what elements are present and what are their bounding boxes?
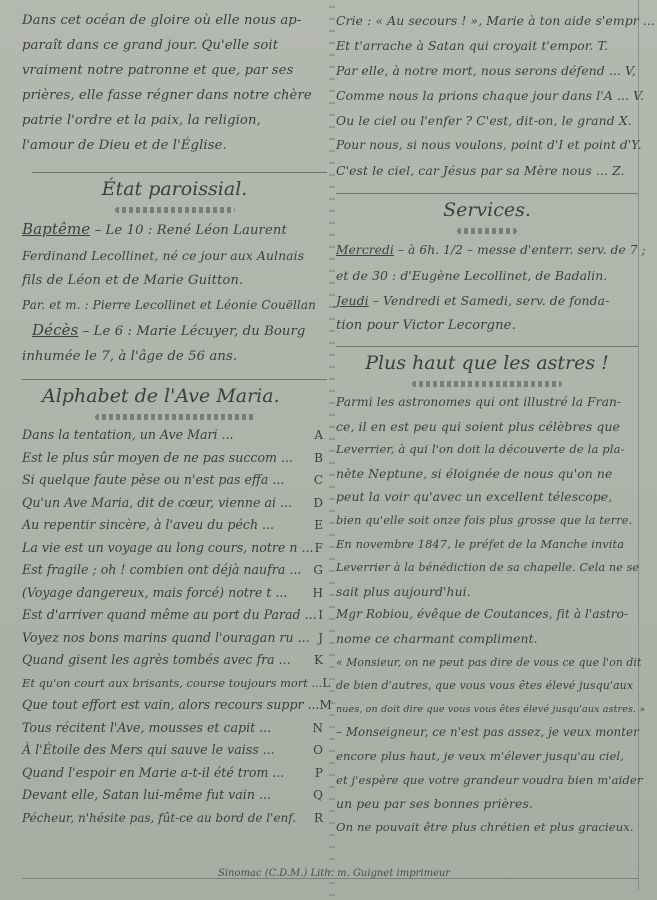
alphabet-letter: J	[310, 627, 323, 650]
article-line: encore plus haut, je veux m'élever jusqu…	[336, 745, 638, 769]
deces-entry: Décès – Le 6 : Marie Lécuyer, du Bourg	[22, 318, 327, 344]
handwritten-parish-bulletin-page: Dans cet océan de gloire où elle nous ap…	[0, 0, 657, 900]
alphabet-row: (Voyage dangereux, mais forcé) notre t .…	[22, 582, 323, 605]
alphabet-letter: R	[305, 807, 323, 830]
alphabet-row: La vie est un voyage au long cours, notr…	[22, 537, 323, 560]
alphabet-letter: H	[305, 582, 323, 605]
etat-paroissial-title: État paroissial.	[22, 173, 327, 205]
alphabet-verse: Est le plus sûr moyen de ne pas succom .…	[22, 447, 293, 470]
bapteme-line: fils de Léon et de Marie Guitton.	[22, 268, 327, 293]
article-line: peut la voir qu'avec un excellent télesc…	[336, 485, 638, 509]
alphabet-letter: K	[305, 649, 323, 672]
alphabet-row: Au repentir sincère, à l'aveu du péch ..…	[22, 514, 323, 537]
alphabet-letter: N	[305, 717, 323, 740]
alphabet-row: Dans la tentation, un Ave Mari ...A	[22, 424, 323, 447]
alphabet-row: Est fragile ; oh ! combien ont déjà nauf…	[22, 559, 323, 582]
wavy-column-divider	[329, 0, 335, 900]
article-line: Leverrier, à qui l'on doit la découverte…	[336, 438, 638, 462]
intro-paragraph: Dans cet océan de gloire où elle nous ap…	[22, 8, 327, 158]
alphabet-letter: E	[305, 514, 323, 537]
decorative-wave	[412, 381, 562, 387]
alphabet-continued-line: Par elle, à notre mort, nous serons défe…	[336, 58, 638, 83]
alphabet-row: Voyez nos bons marins quand l'ouragan ru…	[22, 627, 323, 650]
alphabet-verse: Quand gisent les agrès tombés avec fra .…	[22, 649, 291, 672]
alphabet-letter: L	[322, 672, 330, 695]
article-line: ce, il en est peu qui soient plus célèbr…	[336, 415, 638, 439]
intro-line: paraît dans ce grand jour. Qu'elle soit	[22, 33, 327, 58]
alphabet-row: Si quelque faute pèse ou n'est pas effa …	[22, 469, 323, 492]
article-line: et j'espère que votre grandeur voudra bi…	[336, 769, 638, 793]
alphabet-title: Alphabet de l'Ave Maria.	[22, 380, 327, 412]
alphabet-letter: P	[305, 762, 323, 785]
bapteme-line: Ferdinand Lecollinet, né ce jour aux Aul…	[22, 243, 327, 268]
bapteme-entry: Baptême – Le 10 : René Léon Laurent	[22, 217, 327, 243]
alphabet-letter: F	[314, 537, 323, 560]
services-jeudi: Jeudi – Vendredi et Samedi, serv. de fon…	[336, 288, 638, 313]
alphabet-row: Est le plus sûr moyen de ne pas succom .…	[22, 447, 323, 470]
alphabet-row: Qu'un Ave Maria, dit de cœur, vienne ai …	[22, 492, 323, 515]
services-line: et de 30 : d'Eugène Lecollinet, de Badal…	[336, 263, 638, 288]
alphabet-row: Pécheur, n'hésite pas, fût-ce au bord de…	[22, 807, 323, 830]
services-mercredi: Mercredi – à 6h. 1/2 – messe d'enterr. s…	[336, 238, 638, 263]
article-line: Parmi les astronomes qui ont illustré la…	[336, 391, 638, 415]
intro-line: patrie l'ordre et la paix, la religion,	[22, 108, 327, 133]
services-line: – à 6h. 1/2 – messe d'enterr. serv. de 7…	[394, 243, 646, 257]
article-line: nète Neptune, si éloignée de nous qu'on …	[336, 462, 638, 486]
article-line: un peu par ses bonnes prières.	[336, 792, 638, 816]
alphabet-continued-line: Comme nous la prions chaque jour dans l'…	[336, 83, 638, 108]
alphabet-continued-line: Et t'arrache à Satan qui croyait t'empor…	[336, 33, 638, 58]
article-line: – Monseigneur, ce n'est pas assez, je ve…	[336, 721, 638, 745]
bapteme-line: Par. et m. : Pierre Lecollinet et Léonie…	[22, 293, 327, 318]
alphabet-continued-line: Ou le ciel ou l'enfer ? C'est, dit-on, l…	[336, 108, 638, 133]
alphabet-verse: Qu'un Ave Maria, dit de cœur, vienne ai …	[22, 492, 292, 515]
services-line: – Vendredi et Samedi, serv. de fonda-	[369, 293, 610, 308]
alphabet-letter: M	[320, 694, 332, 717]
bapteme-line: – Le 10 : René Léon Laurent	[90, 223, 287, 238]
alphabet-row: Que tout effort est vain, alors recours …	[22, 694, 323, 717]
right-column: Crie : « Au secours ! », Marie à ton aid…	[336, 0, 638, 839]
alphabet-verse: Et qu'on court aux brisants, course touj…	[22, 672, 322, 695]
alphabet-verse: (Voyage dangereux, mais forcé) notre t .…	[22, 582, 287, 605]
article-line: Leverrier à la bénédiction de sa chapell…	[336, 556, 638, 580]
intro-line: l'amour de Dieu et de l'Église.	[22, 133, 327, 158]
alphabet-row: À l'Étoile des Mers qui sauve le vaiss .…	[22, 739, 323, 762]
printer-signature: Sinomac (C.D.M.) Lith. m. Guignet imprim…	[218, 868, 450, 879]
alphabet-continued-line: C'est le ciel, car Jésus par sa Mère nou…	[336, 158, 638, 183]
alphabet-verse: Voyez nos bons marins quand l'ouragan ru…	[22, 627, 310, 650]
article-line: Mgr Robiou, évêque de Coutances, fit à l…	[336, 603, 638, 627]
article-line: nues, on doit dire que vous vous êtes él…	[336, 698, 638, 722]
alphabet-verse: Devant elle, Satan lui-même fut vain ...	[22, 784, 271, 807]
alphabet-letter: C	[305, 469, 323, 492]
alphabet-row: Quand gisent les agrès tombés avec fra .…	[22, 649, 323, 672]
alphabet-letter: G	[305, 559, 323, 582]
alphabet-verse: Est d'arriver quand même au port du Para…	[22, 604, 317, 627]
alphabet-list: Dans la tentation, un Ave Mari ...A Est …	[22, 424, 327, 829]
article-line: On ne pouvait être plus chrétien et plus…	[336, 816, 638, 840]
services-title: Services.	[336, 194, 638, 226]
services-section: Mercredi – à 6h. 1/2 – messe d'enterr. s…	[336, 238, 638, 338]
jeudi-label: Jeudi	[336, 293, 369, 308]
alphabet-row: Quand l'espoir en Marie a-t-il été trom …	[22, 762, 323, 785]
alphabet-verse: Tous récitent l'Ave, mousses et capit ..…	[22, 717, 271, 740]
alphabet-verse: Dans la tentation, un Ave Mari ...	[22, 424, 234, 447]
alphabet-letter: Q	[305, 784, 323, 807]
article-line: En novembre 1847, le préfet de la Manche…	[336, 533, 638, 557]
services-line: tion pour Victor Lecorgne.	[336, 313, 638, 338]
plus-haut-article: Parmi les astronomes qui ont illustré la…	[336, 391, 638, 839]
decorative-wave	[95, 414, 255, 420]
alphabet-verse: Au repentir sincère, à l'aveu du péch ..…	[22, 514, 274, 537]
alphabet-row: Tous récitent l'Ave, mousses et capit ..…	[22, 717, 323, 740]
alphabet-letter: O	[305, 739, 323, 762]
alphabet-letter: A	[305, 424, 323, 447]
article-line: « Monsieur, on ne peut pas dire de vous …	[336, 651, 638, 675]
alphabet-verse: Que tout effort est vain, alors recours …	[22, 694, 320, 717]
right-margin-rule	[638, 0, 639, 890]
alphabet-verse: La vie est un voyage au long cours, notr…	[22, 537, 314, 560]
deces-line: – Le 6 : Marie Lécuyer, du Bourg	[78, 324, 305, 339]
alphabet-verse: Est fragile ; oh ! combien ont déjà nauf…	[22, 559, 301, 582]
alphabet-continued-line: Crie : « Au secours ! », Marie à ton aid…	[336, 8, 638, 33]
alphabet-row: Est d'arriver quand même au port du Para…	[22, 604, 323, 627]
bapteme-label: Baptême	[22, 220, 90, 238]
article-line: nome ce charmant compliment.	[336, 627, 638, 651]
etat-paroissial-section: Baptême – Le 10 : René Léon Laurent Ferd…	[22, 217, 327, 369]
alphabet-verse: Pécheur, n'hésite pas, fût-ce au bord de…	[22, 807, 296, 830]
intro-line: prières, elle fasse régner dans notre ch…	[22, 83, 327, 108]
alphabet-letter: D	[305, 492, 323, 515]
decorative-wave	[457, 228, 517, 234]
mercredi-label: Mercredi	[336, 243, 394, 257]
article-line: de bien d'autres, que vous vous êtes éle…	[336, 674, 638, 698]
alphabet-verse: Si quelque faute pèse ou n'est pas effa …	[22, 469, 284, 492]
left-column: Dans cet océan de gloire où elle nous ap…	[22, 0, 327, 829]
alphabet-continued: Crie : « Au secours ! », Marie à ton aid…	[336, 8, 638, 183]
deces-line: inhumée le 7, à l'âge de 56 ans.	[22, 344, 327, 369]
alphabet-continued-line: Pour nous, si nous voulons, point d'I et…	[336, 133, 638, 158]
article-line: bien qu'elle soit onze fois plus grosse …	[336, 509, 638, 533]
deces-label: Décès	[32, 321, 78, 339]
article-line: sait plus aujourd'hui.	[336, 580, 638, 604]
alphabet-row: Devant elle, Satan lui-même fut vain ...…	[22, 784, 323, 807]
alphabet-letter: B	[305, 447, 323, 470]
alphabet-letter: I	[317, 604, 323, 627]
intro-line: vraiment notre patronne et que, par ses	[22, 58, 327, 83]
alphabet-row: Et qu'on court aux brisants, course touj…	[22, 672, 323, 695]
intro-line: Dans cet océan de gloire où elle nous ap…	[22, 8, 327, 33]
plus-haut-title: Plus haut que les astres !	[336, 347, 638, 379]
decorative-wave	[115, 207, 235, 213]
alphabet-verse: Quand l'espoir en Marie a-t-il été trom …	[22, 762, 284, 785]
alphabet-verse: À l'Étoile des Mers qui sauve le vaiss .…	[22, 739, 275, 762]
